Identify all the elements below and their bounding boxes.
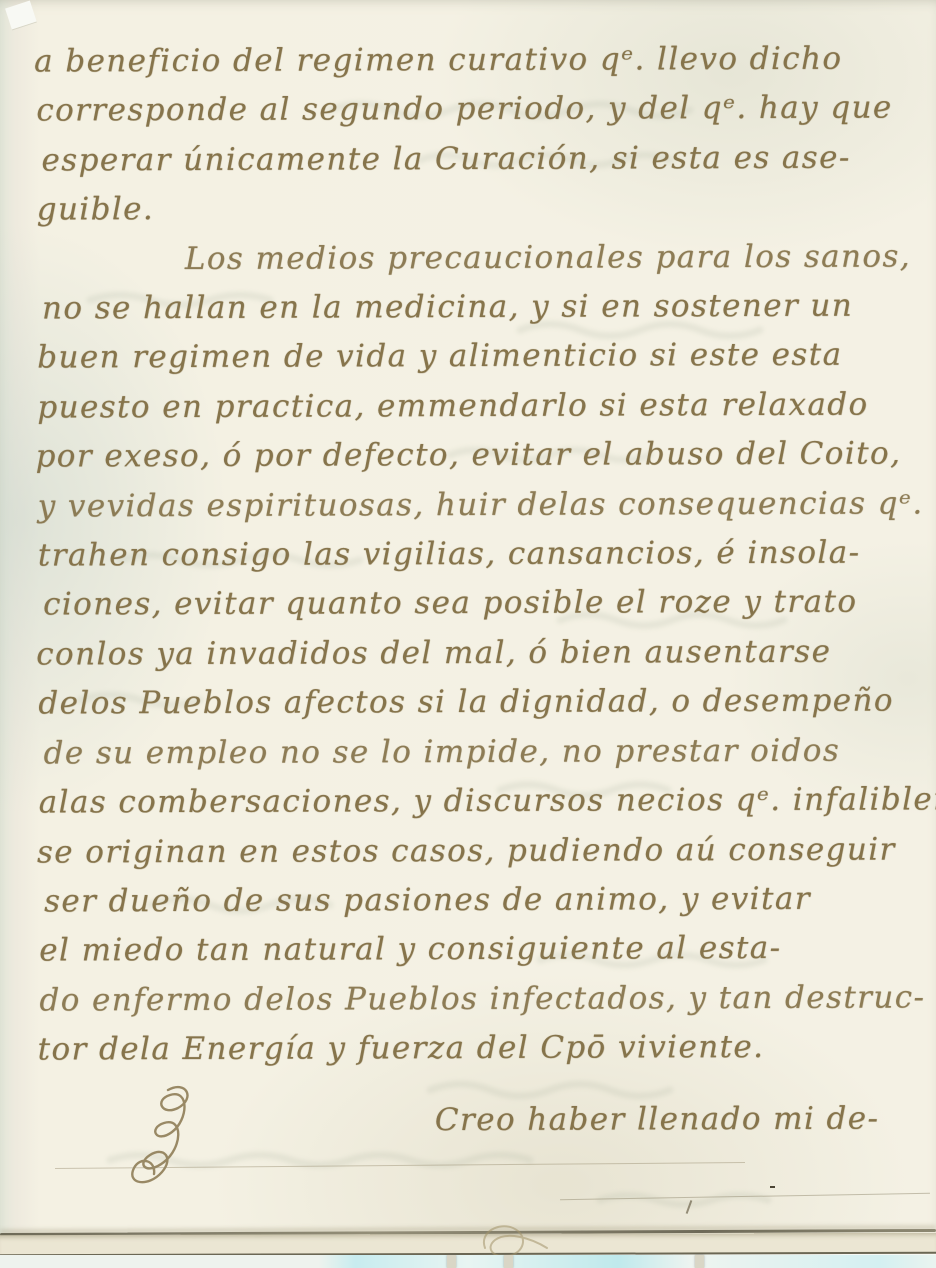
manuscript-line: ciones, evitar quanto sea posible el roz…: [43, 578, 936, 631]
manuscript-line: se originan en estos casos, pudiendo aú …: [37, 825, 935, 878]
manuscript-page: a beneficio del regimen curativo qᵉ. lle…: [0, 0, 936, 1234]
manuscript-line: conlos ya invadidos del mal, ó bien ause…: [36, 627, 934, 680]
paper-tear-nick: [5, 1, 37, 31]
manuscript-line: a beneficio del regimen curativo qᵉ. lle…: [34, 34, 932, 87]
pencil-slash-mark: [686, 1200, 693, 1214]
manuscript-line: tor dela Energía y fuerza del Cpō vivien…: [38, 1022, 936, 1075]
scanner-background-strip: [0, 1255, 936, 1268]
manuscript-text: a beneficio del regimen curativo qᵉ. lle…: [0, 34, 936, 1146]
manuscript-line: de su empleo no se lo impide, no prestar…: [43, 726, 936, 779]
manuscript-line: ser dueño de sus pasiones de animo, y ev…: [44, 874, 936, 927]
scanned-document: a beneficio del regimen curativo qᵉ. lle…: [0, 0, 936, 1268]
manuscript-line: Los medios precaucionales para los sanos…: [35, 232, 933, 285]
manuscript-line: do enfermo delos Pueblos infectados, y t…: [39, 973, 936, 1026]
manuscript-line: no se hallan en la medicina, y si en sos…: [42, 281, 936, 334]
manuscript-line: alas combersaciones, y discursos necios …: [39, 775, 936, 828]
sheet-tab: [447, 1255, 456, 1268]
manuscript-line: esperar únicamente la Curación, si esta …: [41, 133, 936, 186]
manuscript-line: guible.: [37, 183, 935, 236]
paper-crease: [560, 1193, 930, 1200]
manuscript-line: delos Pueblos afectos si la dignidad, o …: [38, 677, 936, 730]
manuscript-line: corresponde al segundo periodo, y del qᵉ…: [36, 84, 934, 137]
sheet-tab: [504, 1255, 513, 1268]
sheet-tab: [695, 1255, 704, 1268]
ink-speck: [770, 1186, 775, 1188]
manuscript-line: puesto en practica, emmendarlo si esta r…: [37, 380, 935, 433]
manuscript-line: y vevidas espirituosas, huir delas conse…: [38, 479, 936, 532]
manuscript-line: por exeso, ó por defecto, evitar el abus…: [35, 430, 933, 483]
manuscript-line: trahen consigo las vigilias, cansancios,…: [38, 528, 936, 581]
manuscript-line: el miedo tan natural y consiguiente al e…: [39, 924, 936, 977]
manuscript-line: buen regimen de vida y alimenticio si es…: [37, 331, 935, 384]
